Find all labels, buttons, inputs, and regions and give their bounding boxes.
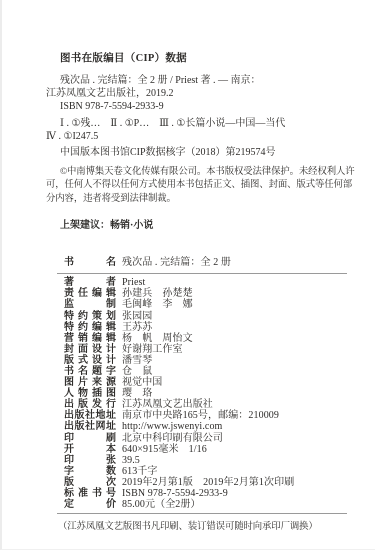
cip-description-line2: 江苏凤凰文艺出版社，2019.2 (46, 87, 375, 100)
colophon-label: 字数 (64, 466, 116, 477)
colophon-row: 版次2019年2月第1版 2019年2月第1次印刷 (64, 477, 375, 488)
colophon-row: 标准书号ISBN 978-7-5594-2933-9 (64, 488, 375, 499)
colophon-label: 责任编辑 (64, 288, 116, 299)
colophon-label: 出版社地址 (64, 410, 116, 421)
colophon-row: 字数613千字 (64, 466, 375, 477)
colophon-value: 孙建兵 孙楚楚 (122, 288, 193, 299)
colophon-row: 著者Priest (64, 277, 375, 288)
colophon-value: 南京市中央路165号，邮编：210009 (122, 410, 279, 421)
shelf-suggestion: 上架建议：畅销·小说 (60, 216, 375, 231)
colophon-row: 出版发行江苏凤凰文艺出版社 (64, 399, 375, 410)
colophon-value: 好谢翔工作室 (122, 344, 183, 355)
colophon-value: 江苏凤凰文艺出版社 (122, 399, 213, 410)
cip-classification-line1: Ⅰ . ①残… Ⅱ . ①P… Ⅲ . ①长篇小说—中国—当代 (46, 117, 375, 130)
colophon-label: 营销编辑 (64, 333, 116, 344)
colophon-label: 定价 (64, 499, 116, 510)
cip-isbn-line: ISBN 978-7-5594-2933-9 (46, 100, 375, 113)
colophon-row: 印刷北京中科印刷有限公司 (64, 433, 375, 444)
colophon-row: 出版社地址南京市中央路165号，邮编：210009 (64, 410, 375, 421)
colophon-label: 开本 (64, 444, 116, 455)
colophon-value: 北京中科印刷有限公司 (122, 433, 223, 444)
colophon-value: http://www.jswenyi.com (122, 421, 222, 432)
cip-registry-line: 中国版本图书馆CIP数据核字（2018）第219574号 (60, 146, 375, 159)
colophon-rows: 著者Priest 责任编辑孙建兵 孙楚楚 监制毛闽峰 李 娜 特约策划张园园 特… (64, 277, 375, 510)
colophon-label: 监制 (64, 299, 116, 310)
book-title-row: 书名残次品 . 完结篇：全 2 册 (64, 257, 375, 269)
colophon-label: 特约编辑 (64, 322, 116, 333)
colophon-value: 杨 帆 周怡文 (122, 333, 193, 344)
colophon-value: 39.5 (122, 455, 140, 466)
colophon-value: 640×915毫米 1/16 (122, 444, 207, 455)
colophon-row: 营销编辑杨 帆 周怡文 (64, 333, 375, 344)
cip-data-block: 残次品 . 完结篇：全 2 册 / Priest 著 . — 南京： 江苏凤凰文… (46, 74, 375, 143)
footer-divider (57, 513, 347, 514)
copyright-line3: 分内容，违者将受到法律制裁。 (46, 193, 375, 206)
colophon-value: 视觉中国 (122, 377, 162, 388)
colophon-value: 毛闽峰 李 娜 (122, 299, 193, 310)
cip-classification-line2: Ⅳ . ①I247.5 (46, 130, 375, 143)
reprint-notice: （江苏凤凰文艺版图书凡印刷、装订错误可随时向承印厂调换） (58, 518, 375, 532)
copyright-line1: ©中南博集天卷文化传媒有限公司。本书版权受法律保护。未经权利人许 (46, 166, 375, 179)
colophon-label: 著者 (64, 277, 116, 288)
colophon-row: 人物插图璎 珞 (64, 388, 375, 399)
colophon-row: 责任编辑孙建兵 孙楚楚 (64, 288, 375, 299)
colophon-row: 开本640×915毫米 1/16 (64, 444, 375, 455)
cip-heading: 图书在版编目（CIP）数据 (60, 0, 375, 65)
colophon-label: 版式设计 (64, 355, 116, 366)
cip-description-line1: 残次品 . 完结篇：全 2 册 / Priest 著 . — 南京： (46, 74, 375, 87)
colophon-row: 封面设计好谢翔工作室 (64, 344, 375, 355)
colophon-label: 出版社网址 (64, 421, 116, 432)
colophon-label: 版次 (64, 477, 116, 488)
colophon-label: 书名 (64, 257, 116, 269)
colophon-value: ISBN 978-7-5594-2933-9 (122, 488, 228, 499)
colophon-value: 仓 鼠 (122, 366, 152, 377)
colophon-row: 特约编辑王苏苏 (64, 322, 375, 333)
colophon-value: 85.00元（全2册） (122, 499, 201, 510)
colophon-row: 印张39.5 (64, 455, 375, 466)
colophon-row: 书名题字仓 鼠 (64, 366, 375, 377)
copyright-line2: 可，任何人不得以任何方式使用本书包括正文、插图、封面、版式等任何部 (46, 179, 375, 192)
colophon-value: 潘雪琴 (122, 355, 152, 366)
colophon-value: Priest (122, 277, 145, 288)
colophon-value: 王苏苏 (122, 322, 152, 333)
colophon-label: 印刷 (64, 433, 116, 444)
colophon-label: 标准书号 (64, 488, 116, 499)
copyright-notice: ©中南博集天卷文化传媒有限公司。本书版权受法律保护。未经权利人许 可，任何人不得… (46, 166, 375, 206)
book-copyright-page: 图书在版编目（CIP）数据 残次品 . 完结篇：全 2 册 / Priest 著… (0, 0, 375, 550)
colophon-label: 图片来源 (64, 377, 116, 388)
colophon-value: 张园园 (122, 311, 152, 322)
colophon-value: 2019年2月第1版 2019年2月第1次印刷 (122, 477, 294, 488)
title-divider (57, 273, 347, 274)
colophon-row: 定价85.00元（全2册） (64, 499, 375, 510)
colophon-value: 璎 珞 (122, 388, 152, 399)
colophon-table: 书名残次品 . 完结篇：全 2 册 著者Priest 责任编辑孙建兵 孙楚楚 监… (64, 257, 375, 510)
colophon-label: 出版发行 (64, 399, 116, 410)
colophon-label: 印张 (64, 455, 116, 466)
colophon-row: 监制毛闽峰 李 娜 (64, 299, 375, 310)
colophon-label: 特约策划 (64, 311, 116, 322)
colophon-value: 残次品 . 完结篇：全 2 册 (122, 257, 231, 268)
colophon-label: 书名题字 (64, 366, 116, 377)
colophon-row: 出版社网址http://www.jswenyi.com (64, 421, 375, 432)
colophon-label: 封面设计 (64, 344, 116, 355)
colophon-row: 版式设计潘雪琴 (64, 355, 375, 366)
colophon-row: 图片来源视觉中国 (64, 377, 375, 388)
colophon-row: 特约策划张园园 (64, 311, 375, 322)
colophon-label: 人物插图 (64, 388, 116, 399)
colophon-value: 613千字 (122, 466, 158, 477)
